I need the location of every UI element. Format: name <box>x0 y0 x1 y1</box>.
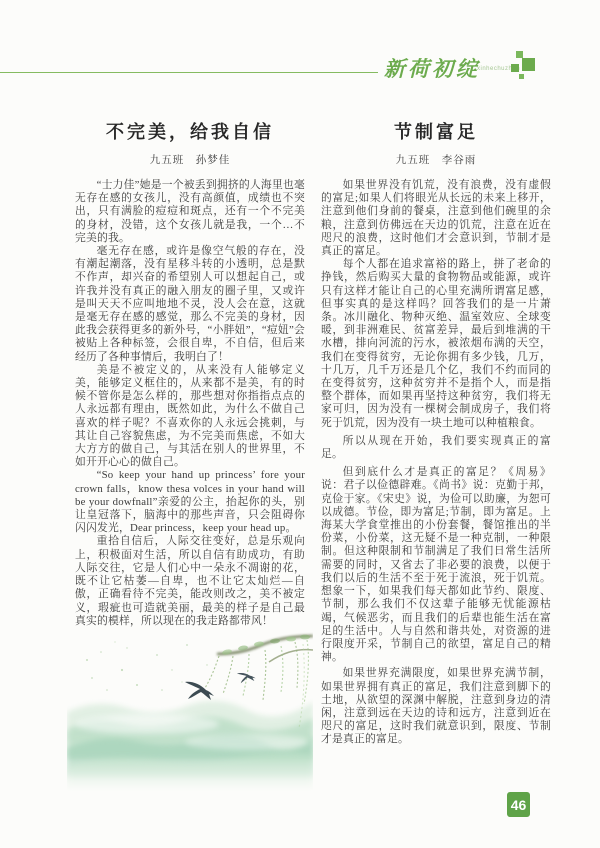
article-paragraph: 如果世界没有饥荒，没有浪费，没有虚假的富足;如果人们将眼光从长远的未来上移开，注… <box>321 179 551 258</box>
article-paragraph: 所以从现在开始，我们要实现真正的富足。 <box>321 435 551 461</box>
article-title: 节制富足 <box>321 118 551 144</box>
magazine-page: 新荷初绽 xinhechuzhan 不完美，给我自信 九五班 孙梦佳 “士力佳”… <box>0 0 600 848</box>
header-rule <box>0 72 378 73</box>
article-paragraph: 重拾自信后，人际交往变好，总是乐观向上，积极面对生活，所以自信有助成功，有助人际… <box>75 535 305 627</box>
article-paragraph: 毫无存在感，或许是像空气般的存在，没有潮起潮落，没有星移斗转的小透明，总是默不作… <box>75 245 305 364</box>
article-paragraph: “士力佳”她是一个被丢到拥挤的人海里也毫无存在感的女孩儿，没有高颜值，成绩也不突… <box>75 179 305 245</box>
article-paragraph: 美是不被定义的，从来没有人能够定义美，能够定义框住的，从来都不是美，有的时候不管… <box>75 364 305 470</box>
article-paragraph: 但到底什么才是真正的富足？《周易》说：君子以俭德辟难。《尚书》说：克勤于邦，克俭… <box>321 466 551 664</box>
mist <box>75 714 219 734</box>
magazine-title: 新荷初绽 <box>384 53 480 83</box>
page-content: 不完美，给我自信 九五班 孙梦佳 “士力佳”她是一个被丢到拥挤的人海里也毫无存在… <box>75 110 551 792</box>
article-left: 不完美，给我自信 九五班 孙梦佳 “士力佳”她是一个被丢到拥挤的人海里也毫无存在… <box>75 110 305 792</box>
article-title: 不完美，给我自信 <box>75 118 305 144</box>
swallow-bird <box>185 682 214 700</box>
article-author: 九五班 孙梦佳 <box>75 152 305 167</box>
article-paragraph: “So keep your hand up princess’ fore you… <box>75 469 305 535</box>
article-paragraph: 如果世界充满限度，如果世界充满节制，如果世界拥有真正的富足，我们注意到脚下的土地… <box>321 667 551 746</box>
page-number-badge: 46 <box>507 792 530 817</box>
mist <box>185 734 309 750</box>
watercolor-illustration <box>67 630 313 792</box>
article-right: 节制富足 九五班 李谷雨 如果世界没有饥荒，没有浪费，没有虚假的富足;如果人们将… <box>321 110 551 747</box>
swallow-bird <box>237 670 256 684</box>
magazine-logo-squares-icon <box>507 51 537 83</box>
article-author: 九五班 李谷雨 <box>321 152 551 167</box>
article-paragraph: 每个人都在追求富裕的路上，拼了老命的挣钱，然后购买大量的食物物品或能源，或许只有… <box>321 258 551 430</box>
